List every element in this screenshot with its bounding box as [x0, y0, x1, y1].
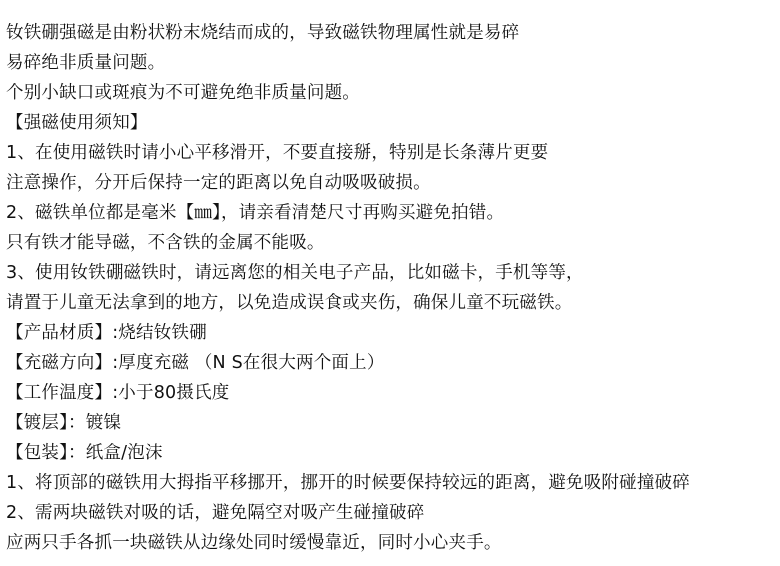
separation-step-2: 2、需两块磁铁对吸的话，避免隔空对吸产生碰撞破碎	[6, 498, 780, 528]
spec-magnetization: 【充磁方向】:厚度充磁 （N S在很大两个面上）	[6, 348, 780, 378]
separation-step-2-cont: 应两只手各抓一块磁铁从边缘处同时缓慢靠近，同时小心夹手。	[6, 528, 780, 558]
usage-item-2: 2、磁铁单位都是毫米【㎜】，请亲看清楚尺寸再购买避免拍错。	[6, 198, 780, 228]
usage-item-3: 3、使用钕铁硼磁铁时，请远离您的相关电子产品，比如磁卡，手机等等，	[6, 258, 780, 288]
document-body: 钕铁硼强磁是由粉状粉末烧结而成的，导致磁铁物理属性就是易碎 易碎绝非质量问题。 …	[6, 18, 780, 558]
usage-item-2-cont: 只有铁才能导磁，不含铁的金属不能吸。	[6, 228, 780, 258]
spec-coating: 【镀层】：镀镍	[6, 408, 780, 438]
spec-material: 【产品材质】:烧结钕铁硼	[6, 318, 780, 348]
intro-line-1: 钕铁硼强磁是由粉状粉末烧结而成的，导致磁铁物理属性就是易碎	[6, 18, 780, 48]
spec-temperature: 【工作温度】:小于80摄氏度	[6, 378, 780, 408]
intro-line-2: 易碎绝非质量问题。	[6, 48, 780, 78]
usage-item-3-cont: 请置于儿童无法拿到的地方，以免造成误食或夹伤，确保儿童不玩磁铁。	[6, 288, 780, 318]
separation-step-1: 1、将顶部的磁铁用大拇指平移挪开，挪开的时候要保持较远的距离，避免吸附碰撞破碎	[6, 468, 780, 498]
usage-item-1-cont: 注意操作，分开后保持一定的距离以免自动吸吸破损。	[6, 168, 780, 198]
usage-item-1: 1、在使用磁铁时请小心平移滑开，不要直接掰，特别是长条薄片更要	[6, 138, 780, 168]
spec-packaging: 【包装】：纸盒/泡沫	[6, 438, 780, 468]
intro-line-3: 个别小缺口或斑痕为不可避免绝非质量问题。	[6, 78, 780, 108]
usage-notice-heading: 【强磁使用须知】	[6, 108, 780, 138]
